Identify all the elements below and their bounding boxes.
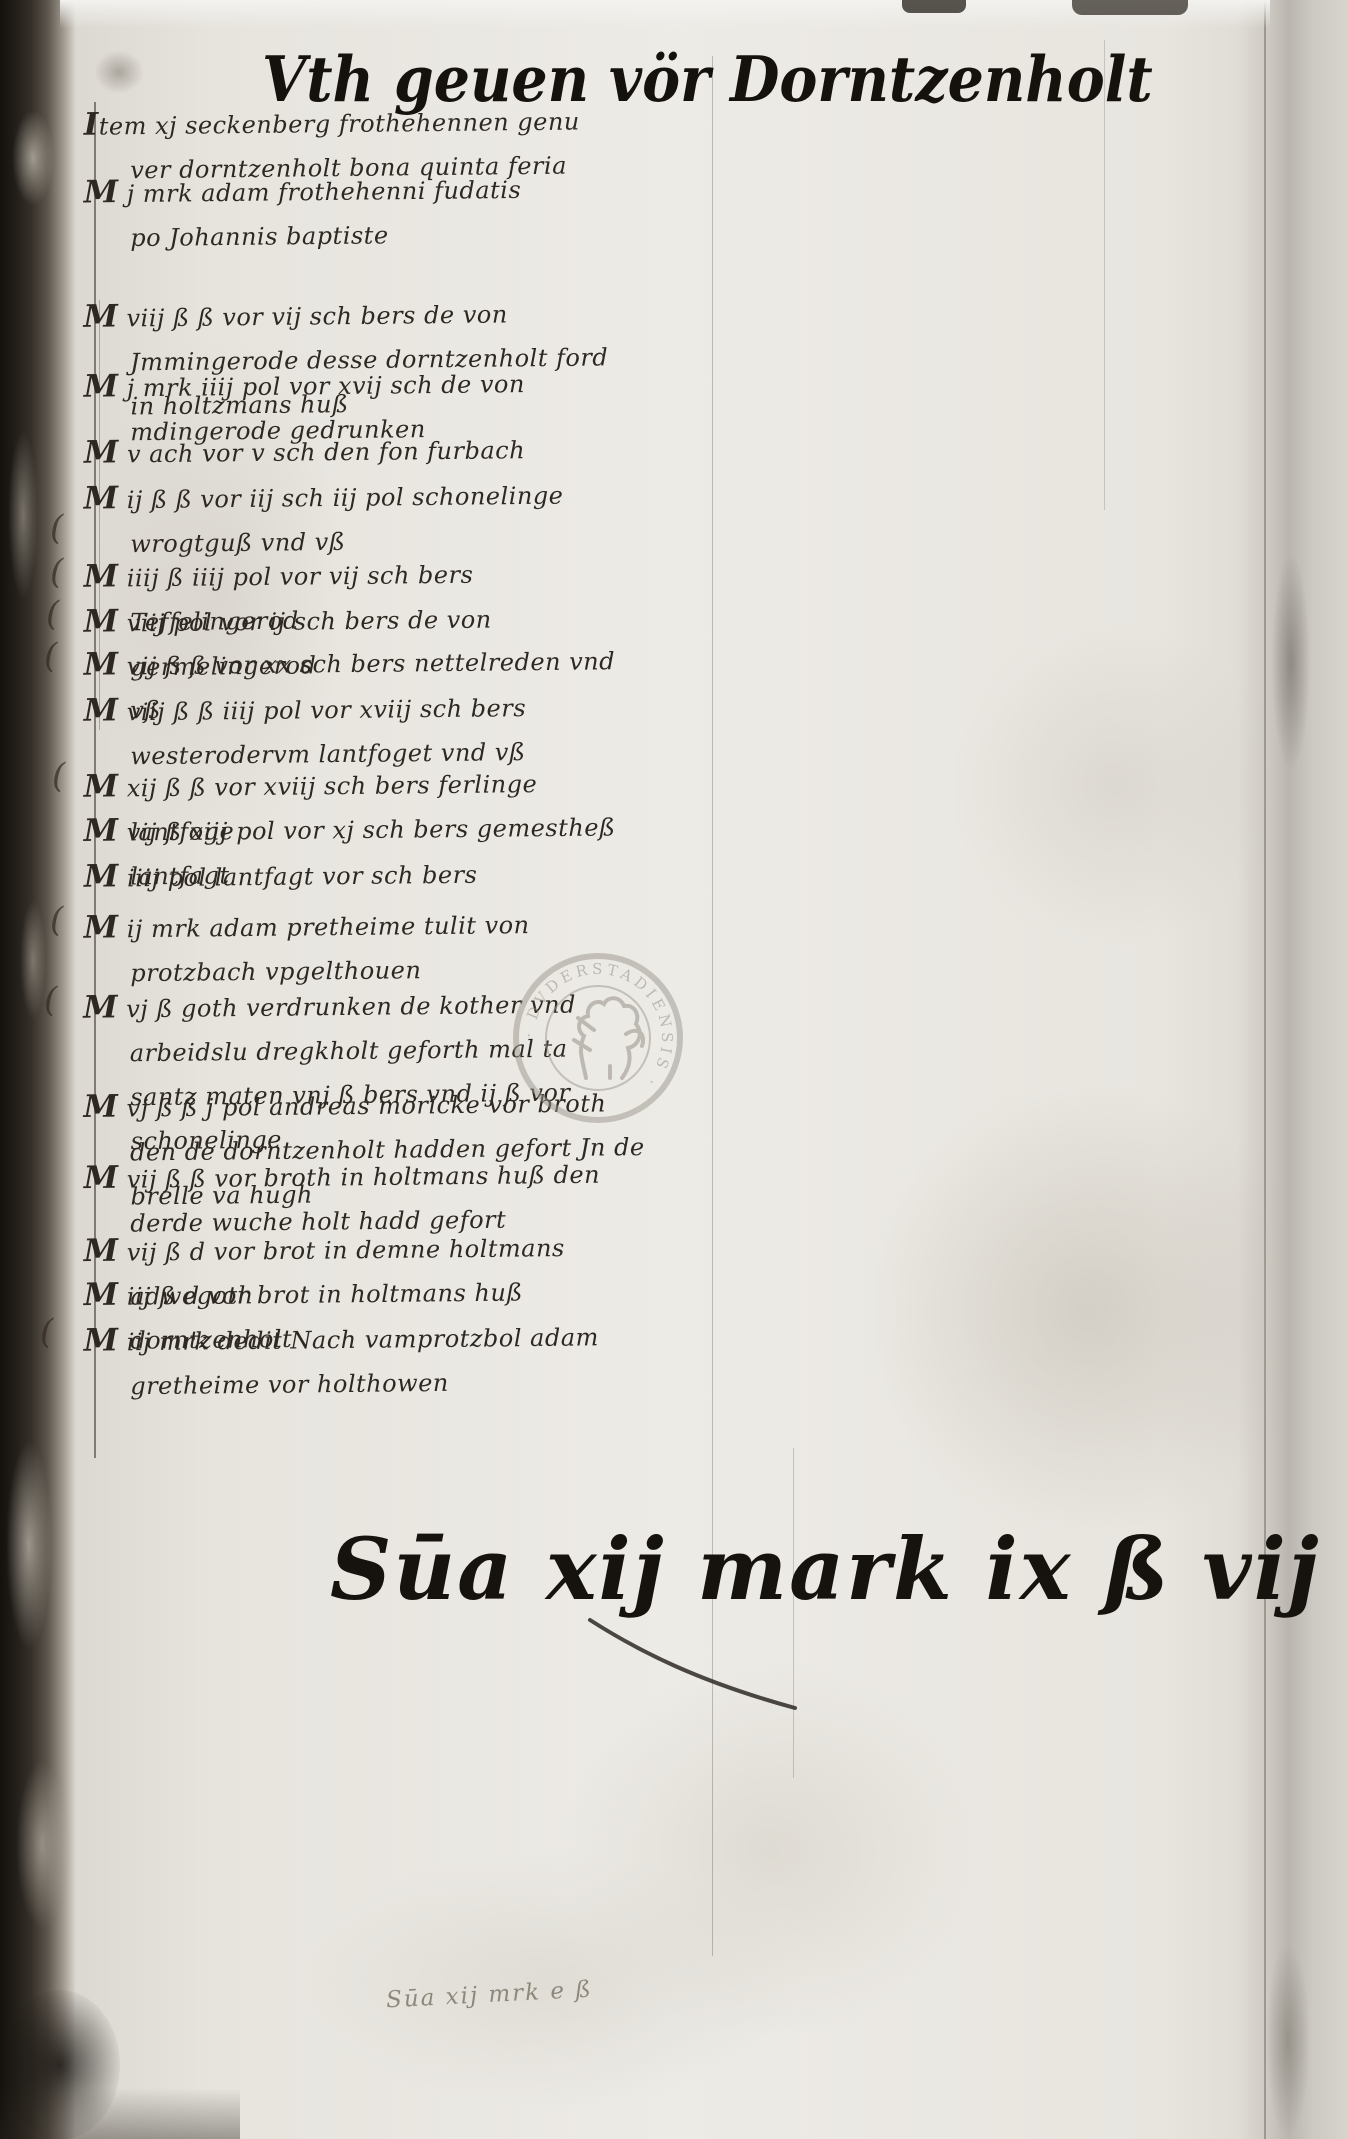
ledger-entry: M iij mrk dedit Nach vamprotzbol adam gr…	[84, 1313, 601, 1408]
ledger-entry: M j mrk adam frothehenni fudatis po Joha…	[84, 166, 561, 261]
archive-stamp: · DVDERSTADIENSIS ·	[498, 938, 698, 1138]
sum-line: Sūa xij mark ix ß vij d	[330, 1520, 1348, 1620]
rampant-lion-icon	[574, 998, 643, 1078]
margin-tick: (	[52, 756, 65, 796]
stamp-outer-ring	[516, 956, 680, 1120]
margin-tick: (	[44, 980, 57, 1020]
ledger-entry: M v ach vor v sch den fon furbach	[84, 425, 620, 477]
pen-flourish	[580, 1612, 810, 1722]
margin-tick: (	[50, 552, 63, 592]
margin-tick: (	[50, 508, 63, 548]
manuscript-scan: Vth geuen vör Dorntzenholt Item xj secke…	[0, 0, 1348, 2139]
ledger-entry: M iiij pol lantfagt vor sch bers	[84, 849, 620, 901]
margin-tick: (	[46, 594, 59, 634]
margin-tick: (	[44, 636, 57, 676]
margin-tick: (	[50, 900, 63, 940]
margin-tick: (	[40, 1312, 53, 1352]
